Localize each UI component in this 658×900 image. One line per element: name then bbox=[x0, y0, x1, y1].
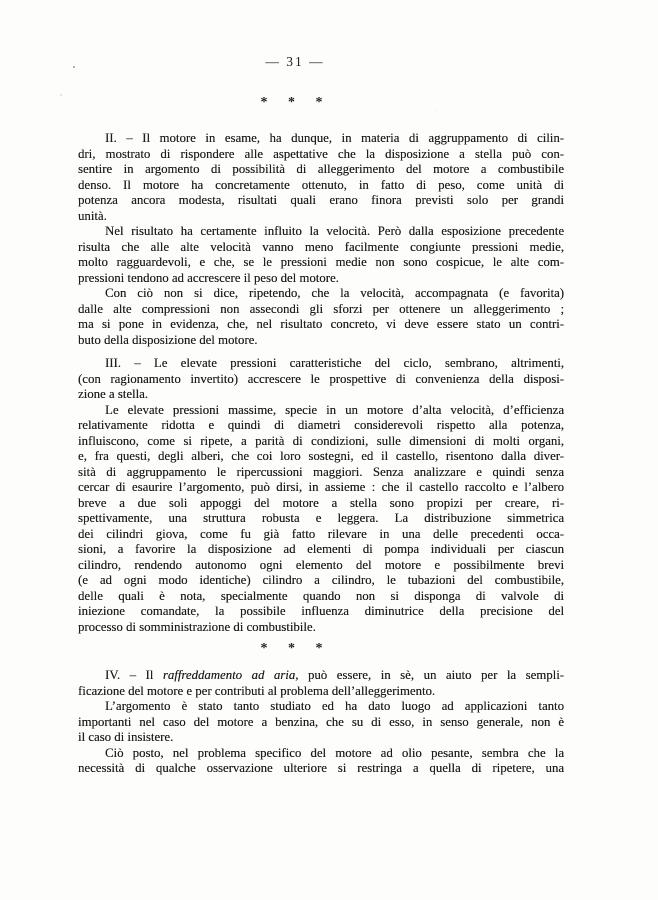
text-line: zione a stella. bbox=[78, 387, 564, 403]
page-number: — 31 — bbox=[52, 54, 538, 70]
paragraph: IV. – Il raffreddamento ad aria, può ess… bbox=[78, 668, 564, 699]
text-line: relativamente ridotta e quindi di diamet… bbox=[78, 418, 564, 434]
paragraph: Con ciò non si dice, ripetendo, che la v… bbox=[78, 286, 564, 348]
paragraph: Le elevate pressioni massime, specie in … bbox=[78, 403, 564, 636]
text-line: pressioni tendono ad accrescere il peso … bbox=[78, 271, 564, 287]
text-line: delle quali è nota, specialmente quando … bbox=[78, 589, 564, 605]
text-line: L’argomento è stato tanto studiato ed ha… bbox=[78, 699, 564, 715]
text-line: Ciò posto, nel problema specifico del mo… bbox=[78, 746, 564, 762]
text-line: importanti nel caso del motore a benzina… bbox=[78, 715, 564, 731]
text-line: sioni, a favorire la disposizione ad ele… bbox=[78, 542, 564, 558]
text-line: dri, mostrato di rispondere alle aspetta… bbox=[78, 147, 564, 163]
text-line: IV. – Il raffreddamento ad aria, può ess… bbox=[78, 668, 564, 684]
paragraph: II. – Il motore in esame, ha dunque, in … bbox=[78, 131, 564, 224]
text-line: processo di somministrazione di combusti… bbox=[78, 620, 564, 636]
text-line: dei cilindri giova, come fu già fatto ri… bbox=[78, 527, 564, 543]
text-line: cilindro, rendendo autonomo ogni element… bbox=[78, 558, 564, 574]
text-line: breve a due soli appoggi del motore a st… bbox=[78, 496, 564, 512]
text-line: Le elevate pressioni massime, specie in … bbox=[78, 403, 564, 419]
text-line: iniezione comandate, la possibile influe… bbox=[78, 604, 564, 620]
text-line: sentire in argomento di possibilità di a… bbox=[78, 162, 564, 178]
text-line: dalle alte compressioni non assecondi gl… bbox=[78, 302, 564, 318]
text-line: sità di aggruppamento le ripercussioni m… bbox=[78, 465, 564, 481]
text-line: risulta che alle alte velocità vanno men… bbox=[78, 240, 564, 256]
text-line: influiscono, come si ripete, a parità di… bbox=[78, 434, 564, 450]
paragraph: Nel risultato ha certamente influito la … bbox=[78, 224, 564, 286]
paragraph: L’argomento è stato tanto studiato ed ha… bbox=[78, 699, 564, 746]
text-line: molto ragguardevoli, e che, se le pressi… bbox=[78, 255, 564, 271]
text-line: Con ciò non si dice, ripetendo, che la v… bbox=[78, 286, 564, 302]
paragraph: Ciò posto, nel problema specifico del mo… bbox=[78, 746, 564, 777]
text-line: III. – Le elevate pressioni caratteristi… bbox=[78, 356, 564, 372]
text-line: il caso di insistere. bbox=[78, 730, 564, 746]
text-line: ma si pone in evidenza, che, nel risulta… bbox=[78, 317, 564, 333]
text-line: (con ragionamento invertito) accrescere … bbox=[78, 372, 564, 388]
text-line: cercar di esaurire l’argomento, può dirs… bbox=[78, 480, 564, 496]
text-line: (e ad ogni modo identiche) cilindro a ci… bbox=[78, 573, 564, 589]
text-line: Nel risultato ha certamente influito la … bbox=[78, 224, 564, 240]
text-line: denso. Il motore ha concretamente ottenu… bbox=[78, 178, 564, 194]
text-line: unità. bbox=[78, 209, 564, 225]
text-line: buto della disposizione del motore. bbox=[78, 333, 564, 349]
text-line: e, fra questi, degli alberi, che coi lor… bbox=[78, 449, 564, 465]
section-separator: * * * bbox=[52, 642, 538, 656]
section-separator: * * * bbox=[52, 96, 538, 110]
text-line: II. – Il motore in esame, ha dunque, in … bbox=[78, 131, 564, 147]
text-line: ficazione del motore e per contributi al… bbox=[78, 684, 564, 700]
text-line: necessità di qualche osservazione ulteri… bbox=[78, 761, 564, 777]
text-line: spettivamente, una struttura robusta e l… bbox=[78, 511, 564, 527]
paragraph: III. – Le elevate pressioni caratteristi… bbox=[78, 356, 564, 403]
text-line: potenza ancora modesta, risultati quali … bbox=[78, 193, 564, 209]
scanned-page: — 31 — * * *II. – Il motore in esame, ha… bbox=[0, 0, 658, 900]
page-body: * * *II. – Il motore in esame, ha dunque… bbox=[78, 96, 564, 777]
